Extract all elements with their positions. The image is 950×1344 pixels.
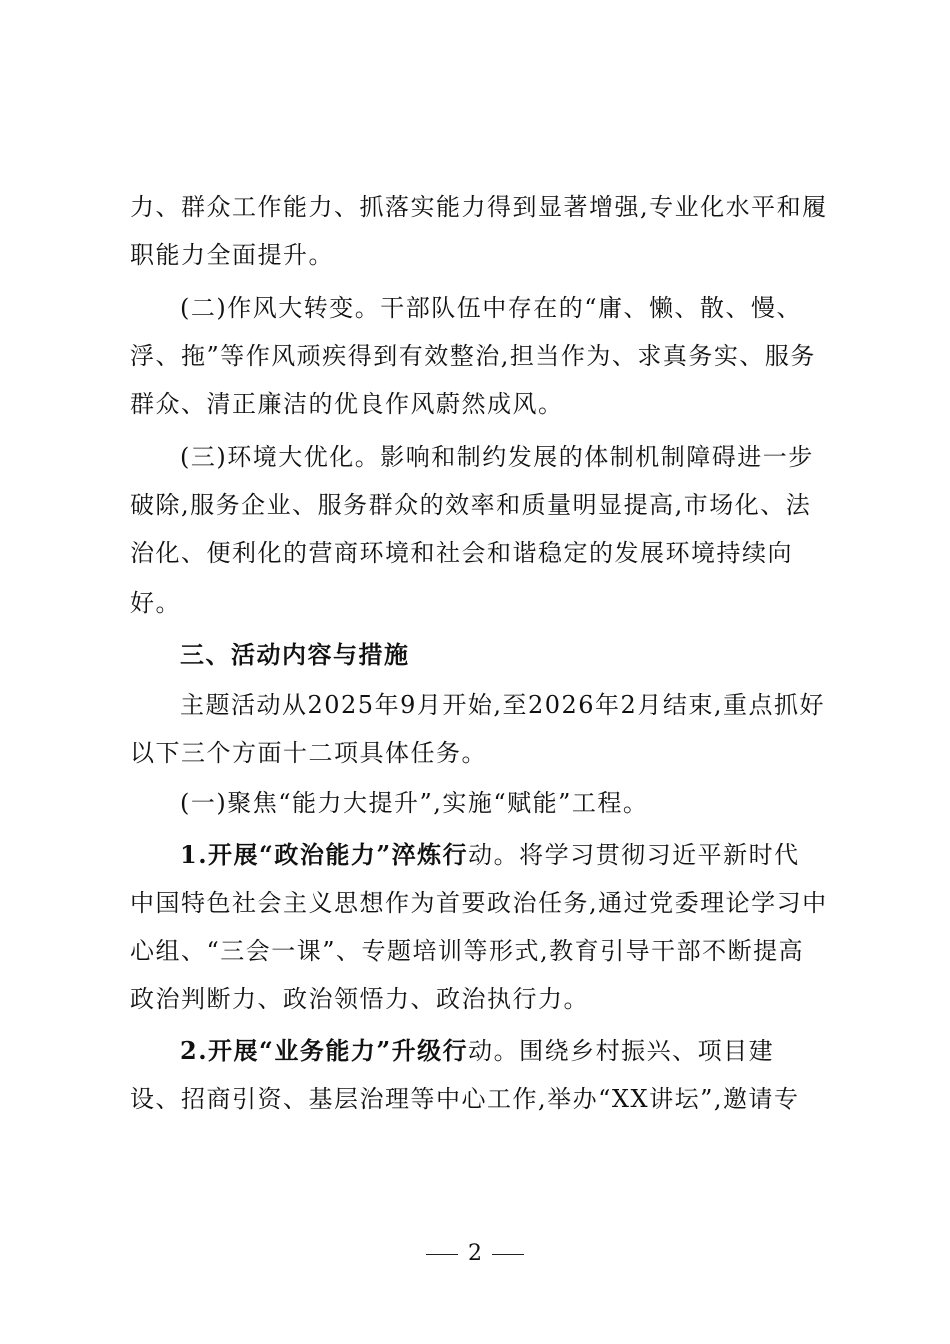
item-1-line: 1.开展“政治能力”淬炼行动。将学习贯彻习近平新时代 [180,840,880,870]
section-2-line: (二)作风大转变。干部队伍中存在的“庸、懒、散、慢、 [180,293,880,323]
paragraph-line: 群众、清正廉洁的优良作风蔚然成风。 [130,389,830,419]
item-2-title: 2.开展“业务能力”升级行 [180,1036,468,1065]
page-number: 2 [468,1241,482,1266]
footer-dash-right [492,1254,524,1255]
paragraph-line: 中国特色社会主义思想作为首要政治任务,通过党委理论学习中 [130,888,830,918]
item-2-line: 2.开展“业务能力”升级行动。围绕乡村振兴、项目建 [180,1036,880,1066]
item-1-text: 动。将学习贯彻习近平新时代 [468,841,800,869]
item-2-text: 动。围绕乡村振兴、项目建 [468,1037,774,1065]
paragraph-line: 治化、便利化的营商环境和社会和谐稳定的发展环境持续向 [130,538,830,568]
section-heading: 三、活动内容与措施 [180,640,880,670]
paragraph-line: 主题活动从2025年9月开始,至2026年2月结束,重点抓好 [180,690,880,720]
paragraph-line: 浮、拖”等作风顽疾得到有效整治,担当作为、求真务实、服务 [130,341,830,371]
subsection-heading: (一)聚焦“能力大提升”,实施“赋能”工程。 [180,788,880,818]
paragraph-line: 力、群众工作能力、抓落实能力得到显著增强,专业化水平和履 [130,192,830,222]
paragraph-line: 以下三个方面十二项具体任务。 [130,738,830,768]
page-footer: 2 [0,1240,950,1268]
paragraph-line: 设、招商引资、基层治理等中心工作,举办“XX讲坛”,邀请专 [130,1084,830,1114]
footer-dash-left [426,1254,458,1255]
paragraph-line: 心组、“三会一课”、专题培训等形式,教育引导干部不断提高 [130,936,830,966]
paragraph-line: 职能力全面提升。 [130,240,830,270]
item-1-title: 1.开展“政治能力”淬炼行 [180,840,468,869]
paragraph-line: 好。 [130,588,830,618]
paragraph-line: 破除,服务企业、服务群众的效率和质量明显提高,市场化、法 [130,490,830,520]
section-3-line: (三)环境大优化。影响和制约发展的体制机制障碍进一步 [180,442,880,472]
document-page: 力、群众工作能力、抓落实能力得到显著增强,专业化水平和履 职能力全面提升。 (二… [0,0,950,1344]
paragraph-line: 政治判断力、政治领悟力、政治执行力。 [130,984,830,1014]
